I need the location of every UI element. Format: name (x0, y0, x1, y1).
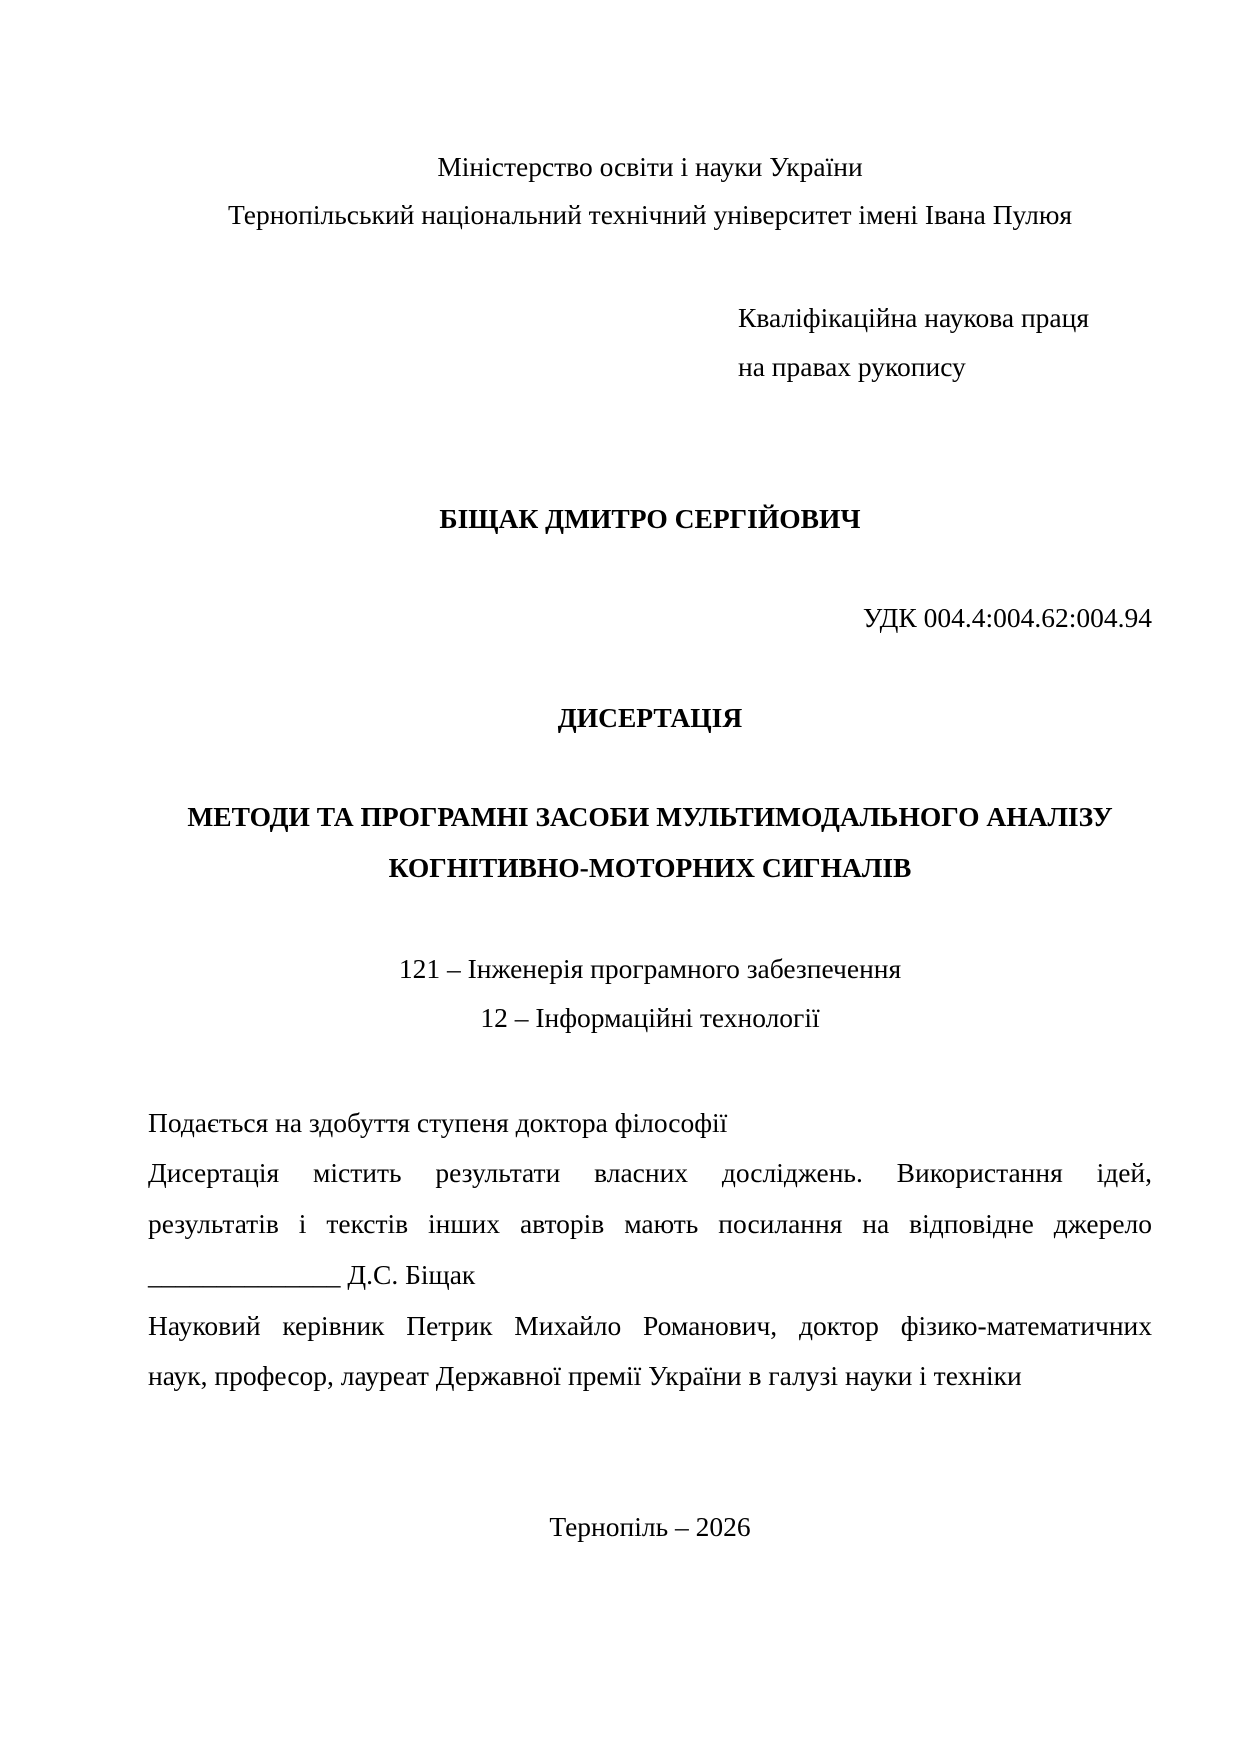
udc-code: УДК 004.4:004.62:004.94 (148, 601, 1152, 635)
signature-name: Д.С. Біщак (347, 1259, 475, 1290)
signature-line: ______________ Д.С. Біщак (148, 1258, 475, 1292)
signature-blank: ______________ (148, 1259, 341, 1290)
manuscript-note-line1: Кваліфікаційна наукова праця (738, 301, 1089, 335)
title-page: Міністерство освіти і науки України Терн… (0, 0, 1240, 1752)
originality-statement-line2: результатів і текстів інших авторів мают… (148, 1207, 1152, 1241)
city-year: Тернопіль – 2026 (148, 1510, 1152, 1544)
manuscript-note-line2: на правах рукопису (738, 350, 966, 384)
supervisor-line2: наук, професор, лауреат Державної премії… (148, 1359, 1022, 1393)
ministry-line: Міністерство освіти і науки України (148, 150, 1152, 184)
supervisor-line1: Науковий керівник Петрик Михайло Романов… (148, 1309, 1152, 1343)
university-line: Тернопільський національний технічний ун… (148, 198, 1152, 232)
specialty-code: 121 – Інженерія програмного забезпечення (148, 952, 1152, 986)
field-of-knowledge: 12 – Інформаційні технології (148, 1001, 1152, 1035)
thesis-title-line2: КОГНІТИВНО-МОТОРНИХ СИГНАЛІВ (148, 851, 1152, 885)
document-type: ДИСЕРТАЦІЯ (148, 701, 1152, 735)
author-full-name: БІЩАК ДМИТРО СЕРГІЙОВИЧ (148, 502, 1152, 536)
thesis-title-line1: МЕТОДИ ТА ПРОГРАМНІ ЗАСОБИ МУЛЬТИМОДАЛЬН… (148, 800, 1152, 834)
originality-statement-line1: Дисертація містить результати власних до… (148, 1156, 1152, 1190)
degree-statement: Подається на здобуття ступеня доктора фі… (148, 1106, 727, 1140)
